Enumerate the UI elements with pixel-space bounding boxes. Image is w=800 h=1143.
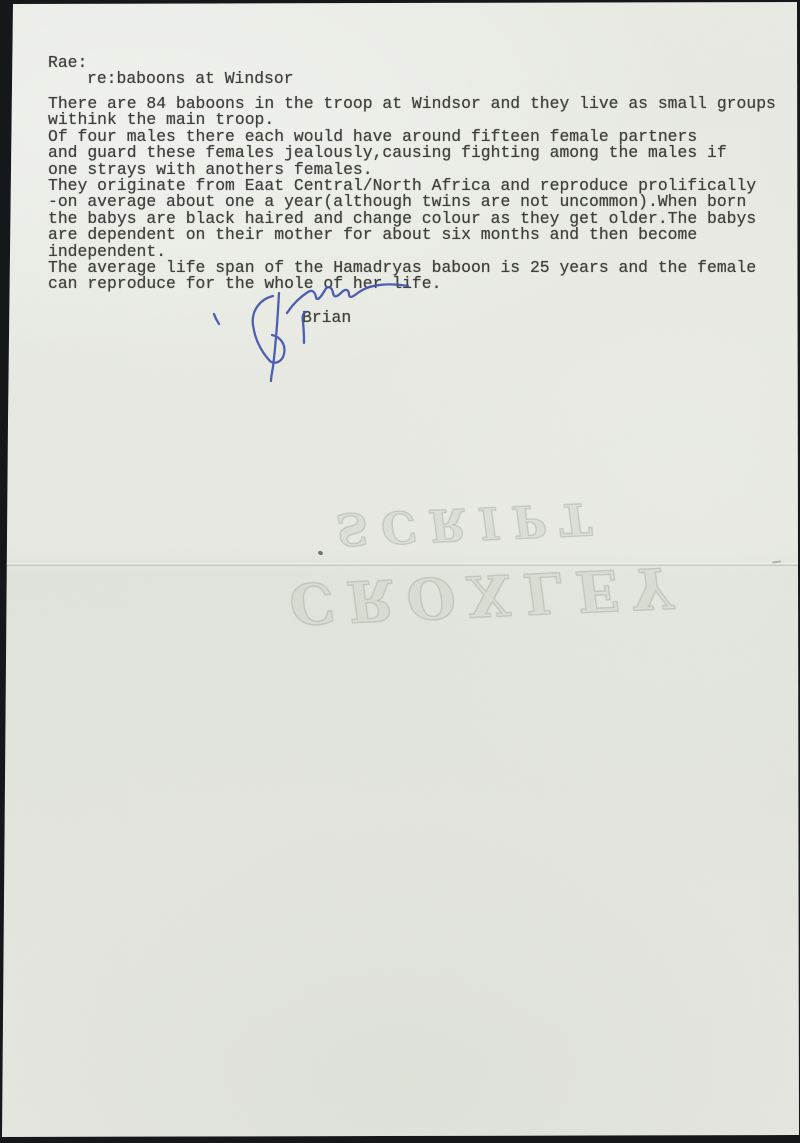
letter-body: There are 84 baboons in the troop at Win… [48,96,776,293]
letter-paper: SCRIPT CROXLEY Rae: re:baboons at Windso… [0,0,800,1143]
watermark-word-croxley: CROXLEY [285,555,647,636]
subject-line: re:baboons at Windsor [87,71,294,87]
dirt-speck [317,550,323,556]
handwritten-signature [196,272,426,392]
recipient-line: Rae: [48,55,87,71]
watermark-word-script: SCRIPT [333,490,643,554]
signature-ink-strokes [214,284,408,381]
fold-crease [0,563,800,566]
